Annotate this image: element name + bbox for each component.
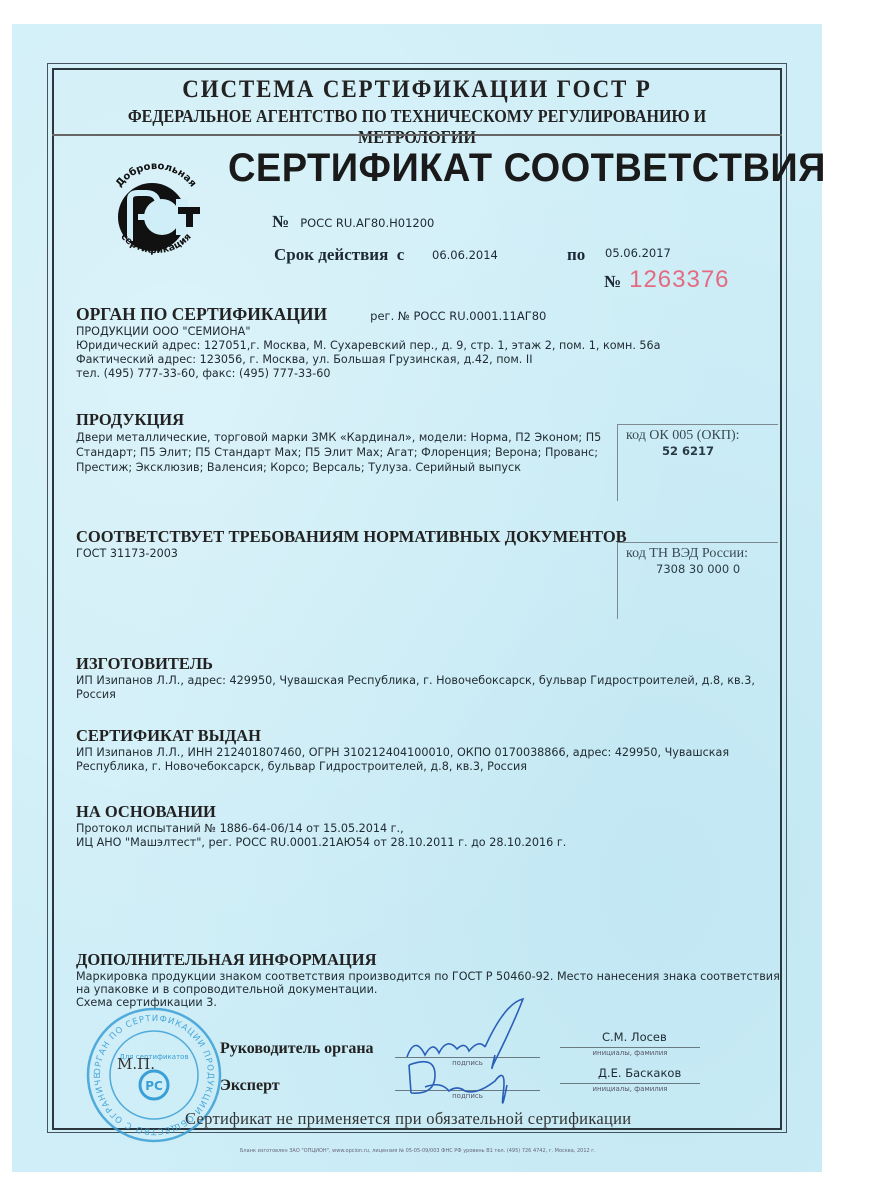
product-line: Престиж; Эксклюзив; Валенсия; Корсо; Вер… [76,460,601,475]
additional-info-line: Маркировка продукции знаком соответствия… [76,970,780,983]
additional-info-heading: ДОПОЛНИТЕЛЬНАЯ ИНФОРМАЦИЯ [76,950,780,970]
compliance-standard: ГОСТ 31173-2003 [76,547,627,561]
system-title: СИСТЕМА СЕРТИФИКАЦИИ ГОСТ Р [81,76,753,104]
head-name: С.М. Лосев [602,1030,667,1044]
issued-to-line: Республика, г. Новочебоксарск, бульвар Г… [76,760,729,774]
certification-body-heading: ОРГАН ПО СЕРТИФИКАЦИИ [76,304,327,324]
print-note: Бланк изготовлен ЗАО "ОПЦИОН", www.opcio… [240,1148,640,1154]
head-name-line [560,1047,700,1048]
certificate-number: № РОСС RU.АГ80.Н01200 [272,212,434,232]
certification-body-section: ОРГАН ПО СЕРТИФИКАЦИИ рег. № РОСС RU.000… [76,304,661,381]
valid-to-label: по [567,245,585,265]
issued-to-heading: СЕРТИФИКАТ ВЫДАН [76,726,729,746]
product-line: Двери металлические, торговой марки ЗМК … [76,430,601,445]
okp-code-box: код ОК 005 (ОКП): 52 6217 [617,424,778,501]
expert-name-caption: инициалы, фамилия [560,1085,700,1093]
product-section: ПРОДУКЦИЯ Двери металлические, торговой … [76,410,601,475]
blank-serial-number: №1263376 [604,266,730,294]
manufacturer-line: ИП Изипанов Л.Л., адрес: 429950, Чувашск… [76,674,755,688]
expert-name: Д.Е. Баскаков [598,1066,681,1080]
issued-to-line: ИП Изипанов Л.Л., ИНН 212401807460, ОГРН… [76,746,729,760]
product-line: Стандарт; П5 Элит; П5 Стандарт Max; П5 Э… [76,445,601,460]
manufacturer-line: Россия [76,688,755,702]
stamp-placeholder-label: М.П. [117,1055,155,1073]
okp-code-label: код ОК 005 (ОКП): [626,428,778,444]
basis-line: Протокол испытаний № 1886-64-06/14 от 15… [76,822,566,836]
basis-line: ИЦ АНО "Машэлтест", рег. РОСС RU.0001.21… [76,836,566,850]
certificate-number-value: РОСС RU.АГ80.Н01200 [300,216,434,230]
certification-body-line: тел. (495) 777-33-60, факс: (495) 777-33… [76,367,661,381]
compliance-section: СООТВЕТСТВУЕТ ТРЕБОВАНИЯМ НОРМАТИВНЫХ ДО… [76,527,627,561]
rst-logo-icon: Добровольная сертификация [100,163,212,267]
expert-name-line [560,1083,700,1084]
head-name-caption: инициалы, фамилия [560,1049,700,1057]
tnved-code-value: 7308 30 000 0 [656,562,778,576]
certificate-title: СЕРТИФИКАТ СООТВЕТСТВИЯ [228,146,826,191]
product-heading: ПРОДУКЦИЯ [76,410,601,430]
certification-body-line: Юридический адрес: 127051,г. Москва, М. … [76,339,661,353]
head-of-body-label: Руководитель органа [220,1040,374,1058]
certification-body-line: Фактический адрес: 123056, г. Москва, ул… [76,353,661,367]
basis-heading: НА ОСНОВАНИИ [76,802,566,822]
number-sign: № [272,212,289,231]
footer-note: Сертификат не применяется при обязательн… [185,1109,631,1129]
certification-body-line: ПРОДУКЦИИ ООО "СЕМИОНА" [76,325,661,339]
certification-body-reg-number: рег. № РОСС RU.0001.11АГ80 [370,309,546,323]
manufacturer-heading: ИЗГОТОВИТЕЛЬ [76,654,755,674]
tnved-code-label: код ТН ВЭД России: [626,546,778,562]
tnved-code-box: код ТН ВЭД России: 7308 30 000 0 [617,542,778,619]
agency-name: ФЕДЕРАЛЬНОЕ АГЕНТСТВО ПО ТЕХНИЧЕСКОМУ РЕ… [81,106,753,148]
serial-number-value: 1263376 [629,266,729,293]
serial-number-sign: № [604,272,621,291]
header-divider [52,134,782,136]
compliance-heading: СООТВЕТСТВУЕТ ТРЕБОВАНИЯМ НОРМАТИВНЫХ ДО… [76,527,627,547]
issued-to-section: СЕРТИФИКАТ ВЫДАН ИП Изипанов Л.Л., ИНН 2… [76,726,729,774]
manufacturer-section: ИЗГОТОВИТЕЛЬ ИП Изипанов Л.Л., адрес: 42… [76,654,755,702]
valid-to: 05.06.2017 [605,246,671,260]
basis-section: НА ОСНОВАНИИ Протокол испытаний № 1886-6… [76,802,566,850]
validity-label: Срок действия с [274,245,404,265]
expert-label: Эксперт [220,1077,280,1095]
okp-code-value: 52 6217 [662,444,778,458]
valid-from: 06.06.2014 [432,248,498,262]
svg-text:РС: РС [145,1079,163,1093]
